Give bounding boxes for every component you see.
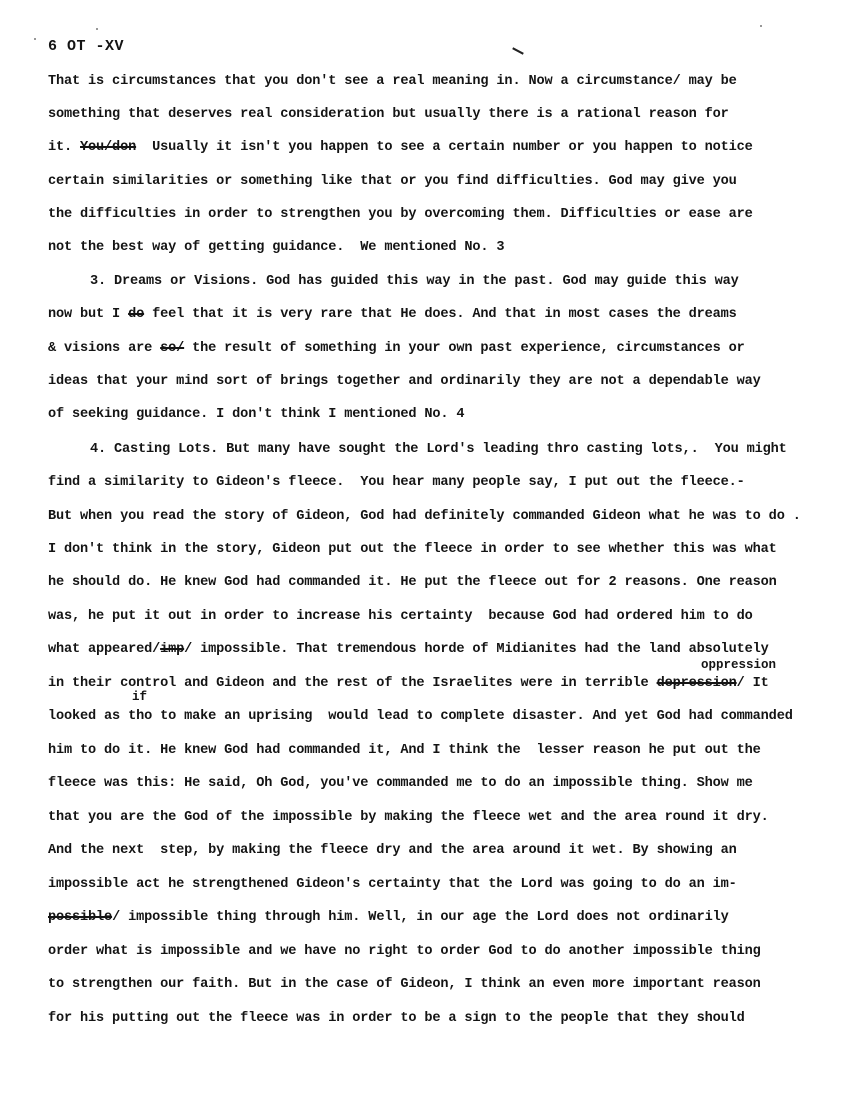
text-segment: now but I (48, 307, 128, 322)
text-line: that you are the God of the impossible b… (48, 808, 769, 828)
text-line: I don't think in the story, Gideon put o… (48, 540, 777, 560)
struck-out-text: do (128, 307, 144, 322)
text-line: for his putting out the fleece was in or… (48, 1009, 745, 1029)
text-line: 4. Casting Lots. But many have sought th… (90, 440, 787, 460)
text-line: it. You/don Usually it isn't you happen … (48, 138, 753, 158)
struck-out-text: so/ (160, 341, 184, 356)
text-line: him to do it. He knew God had commanded … (48, 741, 761, 761)
text-line: But when you read the story of Gideon, G… (48, 507, 801, 527)
text-line: in their control and Gideon and the rest… (48, 674, 769, 694)
scan-speck (34, 38, 36, 40)
text-segment: Usually it isn't you happen to see a cer… (136, 140, 753, 155)
interlinear-insertion: if (132, 690, 147, 704)
text-line: fleece was this: He said, Oh God, you've… (48, 774, 753, 794)
text-line: the difficulties in order to strengthen … (48, 205, 753, 225)
typewritten-page: 6 OT -XV That is circumstances that you … (0, 0, 850, 1101)
text-line: 3. Dreams or Visions. God has guided thi… (90, 272, 739, 292)
text-line: looked as tho to make an uprising would … (48, 707, 793, 727)
text-line: what appeared/imp/ impossible. That trem… (48, 640, 769, 660)
text-line: find a similarity to Gideon's fleece. Yo… (48, 473, 745, 493)
text-line: he should do. He knew God had commanded … (48, 573, 777, 593)
page-header: 6 OT -XV (48, 38, 124, 55)
text-line: to strengthen our faith. But in the case… (48, 975, 761, 995)
text-line: was, he put it out in order to increase … (48, 607, 753, 627)
text-line: something that deserves real considerati… (48, 105, 729, 125)
text-segment: / impossible thing through him. Well, in… (112, 910, 729, 925)
text-line: ideas that your mind sort of brings toge… (48, 372, 761, 392)
text-segment: what appeared/ (48, 642, 160, 657)
text-segment: it. (48, 140, 80, 155)
interlinear-insertion: oppression (701, 658, 776, 672)
struck-out-text: possible (48, 910, 112, 925)
text-segment: the result of something in your own past… (184, 341, 745, 356)
text-segment: / It (737, 676, 769, 691)
struck-out-text: depression (657, 676, 737, 691)
text-line: & visions are so/ the result of somethin… (48, 339, 745, 359)
text-line: not the best way of getting guidance. We… (48, 238, 504, 258)
text-line: of seeking guidance. I don't think I men… (48, 405, 464, 425)
struck-out-text: You/don (80, 140, 136, 155)
text-line: That is circumstances that you don't see… (48, 72, 737, 92)
text-line: And the next step, by making the fleece … (48, 841, 737, 861)
text-line: order what is impossible and we have no … (48, 942, 761, 962)
text-segment: feel that it is very rare that He does. … (144, 307, 737, 322)
text-line: now but I do feel that it is very rare t… (48, 305, 737, 325)
text-line: possible/ impossible thing through him. … (48, 908, 729, 928)
text-segment: / impossible. That tremendous horde of M… (184, 642, 769, 657)
scan-speck (760, 25, 762, 27)
text-line: impossible act he strengthened Gideon's … (48, 875, 737, 895)
stray-pen-mark (512, 47, 524, 54)
text-segment: in their control and Gideon and the rest… (48, 676, 657, 691)
text-line: certain similarities or something like t… (48, 172, 737, 192)
text-segment: & visions are (48, 341, 160, 356)
struck-out-text: imp (160, 642, 184, 657)
scan-speck (96, 28, 98, 30)
